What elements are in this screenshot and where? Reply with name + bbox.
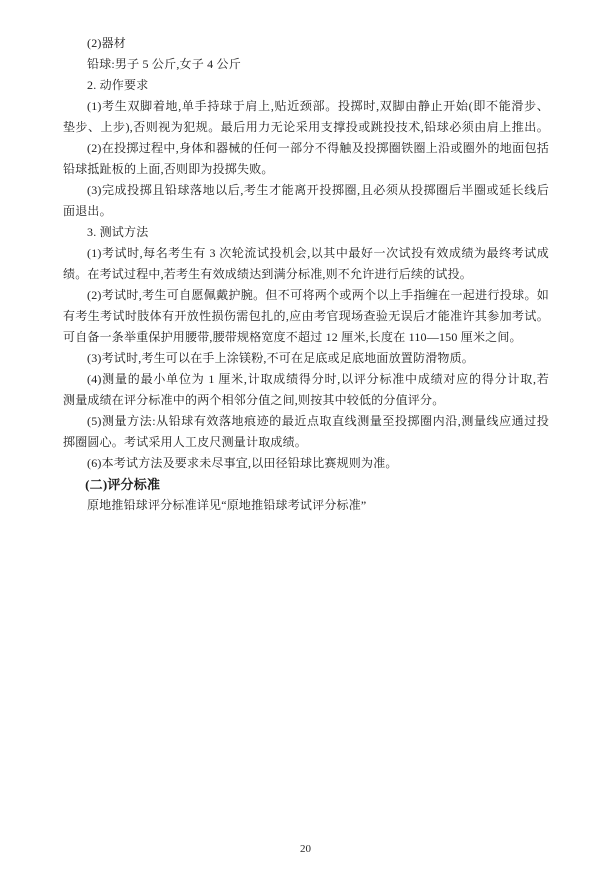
text-line-test-method-heading: 3. 测试方法 (63, 222, 549, 243)
text-line: (5)测量方法:从铅球有效落地痕迹的最近点取直线测量至投掷圈内沿,测量线应通过投 (63, 411, 549, 432)
page-number: 20 (0, 843, 611, 855)
text-line: 绩。在考试过程中,若考生有效成绩达到满分标准,则不允许进行后续的试投。 (63, 264, 549, 285)
text-line: (4)测量的最小单位为 1 厘米,计取成绩得分时,以评分标准中成绩对应的得分计取… (63, 369, 549, 390)
text-line: 有考生考试时肢体有开放性损伤需包扎的,应由考官现场查验无误后才能准许其参加考试。… (63, 306, 549, 327)
text-line: 可自备一条举重保护用腰带,腰带规格宽度不超过 12 厘米,长度在 110—150… (63, 327, 549, 348)
text-line: 面退出。 (63, 201, 549, 222)
text-line: (2)在投掷过程中,身体和器械的任何一部分不得触及投掷圈铁圈上沿或圈外的地面包括 (63, 138, 549, 159)
text-line-action-requirements-heading: 2. 动作要求 (63, 75, 549, 96)
text-line: 垫步、上步),否则视为犯规。最后用力无论采用支撑投或跳投技术,铅球必须由肩上推出… (63, 117, 549, 138)
text-line: (6)本考试方法及要求未尽事宜,以田径铅球比赛规则为准。 (63, 453, 549, 474)
text-line: (1)考生双脚着地,单手持球于肩上,贴近颈部。投掷时,双脚由静止开始(即不能滑步… (63, 96, 549, 117)
text-line: (3)完成投掷且铅球落地以后,考生才能离开投掷圈,且必须从投掷圈后半圈或延长线后 (63, 180, 549, 201)
document-body: (2)器材 铅球:男子 5 公斤,女子 4 公斤 2. 动作要求 (1)考生双脚… (63, 33, 549, 516)
text-line: (3)考试时,考生可以在手上涂镁粉,不可在足底或足底地面放置防滑物质。 (63, 348, 549, 369)
text-line-shotput-weights: 铅球:男子 5 公斤,女子 4 公斤 (63, 54, 549, 75)
text-line-equipment-heading: (2)器材 (63, 33, 549, 54)
text-line: (2)考试时,考生可自愿佩戴护腕。但不可将两个或两个以上手指缠在一起进行投球。如 (63, 285, 549, 306)
scoring-standard-heading: (二)评分标准 (63, 474, 549, 495)
text-line: 铅球抵趾板的上面,否则即为投掷失败。 (63, 159, 549, 180)
text-line: 测量成绩在评分标准中的两个相邻分值之间,则按其中较低的分值评分。 (63, 390, 549, 411)
text-line: (1)考试时,每名考生有 3 次轮流试投机会,以其中最好一次试投有效成绩为最终考… (63, 243, 549, 264)
text-line: 掷圈圆心。考试采用人工皮尺测量计取成绩。 (63, 432, 549, 453)
text-line-scoring-reference: 原地推铅球评分标准详见“原地推铅球考试评分标准” (63, 495, 549, 516)
